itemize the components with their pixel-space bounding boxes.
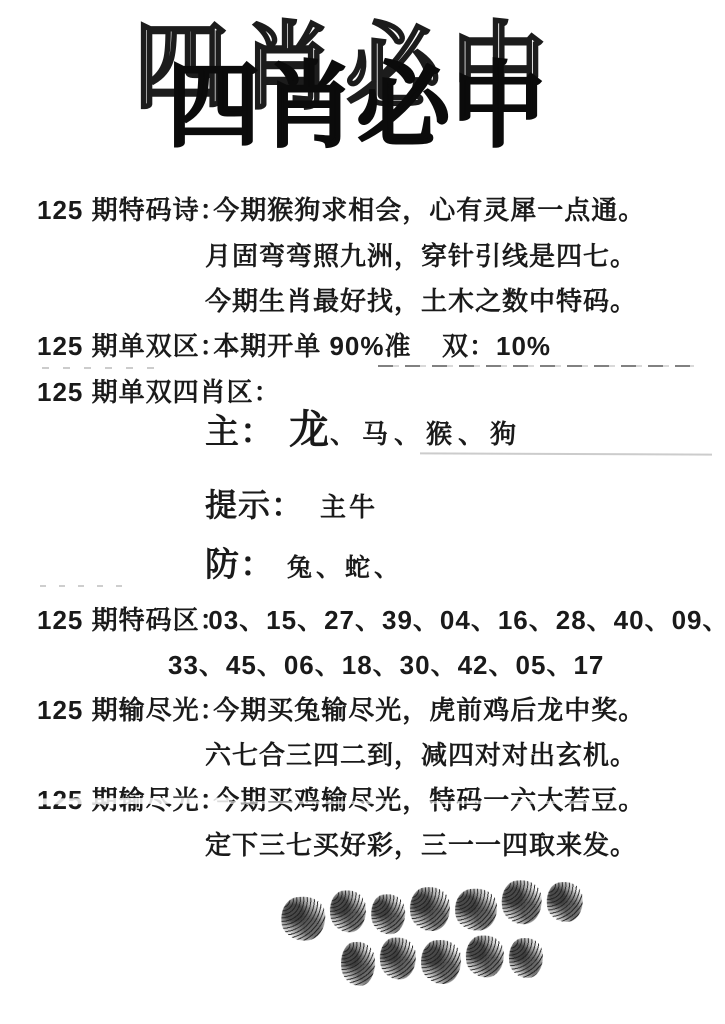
tema-qu-numbers-1: 03、15、27、39、04、16、28、40、09、21、	[208, 605, 725, 635]
tema-shi-line-1: 125 期特码诗： 今期猴狗求相会，心有灵犀一点通。	[37, 196, 645, 225]
danshuang-row: 125 期单双区： 本期开单 90%准 双：10%	[37, 332, 412, 361]
zhu-row: 主：龙、马、猴、狗	[205, 408, 522, 452]
halftone-blob	[379, 937, 416, 980]
shujinguang-1-label: 125 期输尽光：	[37, 696, 205, 725]
scan-faint-dots	[40, 585, 128, 587]
halftone-blob	[454, 888, 498, 932]
halftone-blob	[501, 879, 543, 925]
halftone-blob	[370, 893, 406, 935]
blurred-halftone-stamp-2	[340, 932, 544, 987]
page-title: 四肖必中	[167, 60, 547, 153]
lottery-prediction-sheet: 四肖必中 四肖必中 125 期特码诗： 今期猴狗求相会，心有灵犀一点通。 月固弯…	[0, 0, 725, 1024]
sixiao-header: 125 期单双四肖区：	[37, 378, 281, 407]
shujinguang-1-row-2: 六七合三四二到，减四对对出玄机。	[205, 741, 637, 770]
halftone-blob	[420, 939, 462, 984]
tema-shi-verse-3: 今期生肖最好找，土木之数中特码。	[205, 286, 637, 316]
shujinguang-1-verse-1: 今期买兔输尽光，虎前鸡后龙中奖。	[213, 695, 645, 725]
danshuang-dan-value: 本期开单 90%准	[213, 331, 411, 361]
faint-underline	[420, 452, 712, 455]
zhu-other-zodiacs: 、马、猴、狗	[330, 419, 522, 449]
halftone-blob	[409, 886, 451, 932]
tema-shi-line-3: 今期生肖最好找，土木之数中特码。	[205, 287, 637, 316]
tema-qu-row-1: 125 期特码区： 03、15、27、39、04、16、28、40、09、21、	[37, 606, 725, 635]
tishi-label: 提示：	[205, 487, 304, 523]
tishi-row: 提示：主牛	[205, 488, 378, 523]
tema-shi-verse-1: 今期猴狗求相会，心有灵犀一点通。	[213, 195, 645, 225]
shujinguang-2-row-2: 定下三七买好彩，三一一四取来发。	[205, 831, 637, 860]
danshuang-label: 125 期单双区：	[37, 332, 205, 361]
tema-shi-line-2: 月固弯弯照九洲，穿针引线是四七。	[205, 242, 637, 271]
tema-shi-verse-2: 月固弯弯照九洲，穿针引线是四七。	[205, 241, 637, 271]
tema-qu-label: 125 期特码区：	[37, 606, 200, 635]
shujinguang-1-verse-2: 六七合三四二到，减四对对出玄机。	[205, 740, 637, 770]
zhu-label: 主：	[205, 413, 275, 451]
shujinguang-1-row-1: 125 期输尽光： 今期买兔输尽光，虎前鸡后龙中奖。	[37, 696, 645, 725]
halftone-blob	[329, 889, 367, 933]
scan-smudge-line-left	[42, 367, 164, 369]
halftone-blob	[546, 881, 584, 923]
tema-qu-row-2: 33、45、06、18、30、42、05、17	[168, 651, 604, 680]
danshuang-shuang-value: 双：10%	[442, 332, 551, 361]
halftone-blob	[508, 937, 543, 978]
zhu-primary-zodiac: 龙	[289, 408, 330, 452]
halftone-blob	[465, 935, 504, 978]
fang-value: 兔、蛇、	[287, 554, 403, 582]
fang-label: 防：	[205, 546, 275, 584]
scan-smudge-line-right	[378, 365, 694, 367]
halftone-blob	[340, 941, 376, 986]
shujinguang-2-verse-1: 今期买鸡输尽光，特码一六大若豆。	[213, 785, 645, 815]
scan-white-streak	[33, 797, 229, 804]
shujinguang-2-verse-2: 定下三七买好彩，三一一四取来发。	[205, 830, 637, 860]
fang-row: 防：兔、蛇、	[205, 547, 403, 584]
tema-qu-numbers-2: 33、45、06、18、30、42、05、17	[168, 650, 604, 680]
halftone-blob	[280, 896, 326, 942]
sixiao-label: 125 期单双四肖区：	[37, 377, 281, 407]
tishi-value: 主牛	[320, 492, 378, 522]
tema-shi-label: 125 期特码诗：	[37, 196, 205, 225]
scan-white-streak-2	[228, 801, 628, 804]
